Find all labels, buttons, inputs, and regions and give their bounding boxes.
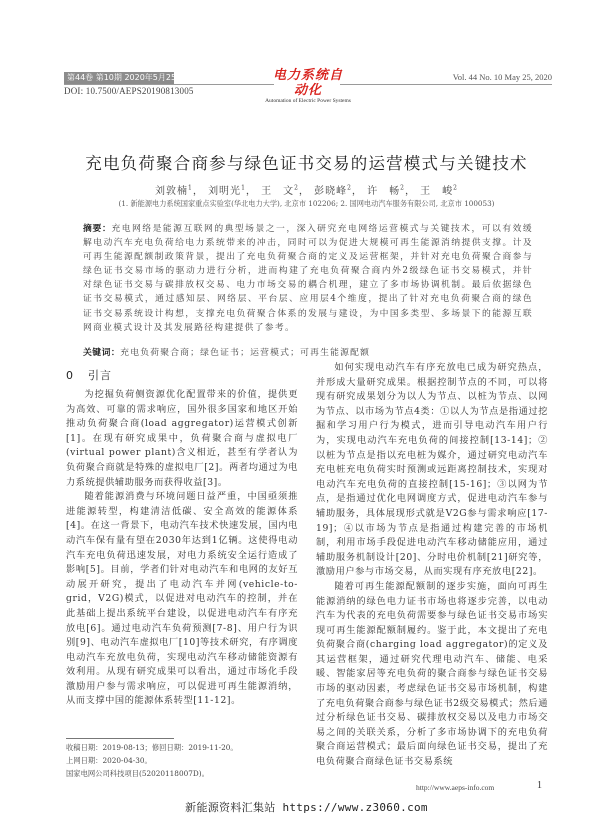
author-affil-mark: 2 bbox=[400, 185, 405, 192]
author: 王 文 bbox=[261, 186, 294, 197]
body-column-right: 如何实现电动汽车有序充放电已成为研究热点，并形成大量研究成果。根据控制节点的不同… bbox=[316, 361, 548, 770]
footnotes: 收稿日期：2019-08-13；修回日期：2019-11-20。 上网日期：20… bbox=[66, 741, 238, 780]
footnote-received: 收稿日期：2019-08-13；修回日期：2019-11-20。 bbox=[66, 741, 238, 754]
author-affil-mark: 1 bbox=[188, 185, 193, 192]
body-column-left: 为挖掘负荷侧资源优化配置带来的价值，提供更为高效、可靠的需求响应，国外很多国家和… bbox=[66, 388, 298, 709]
page-number: 1 bbox=[537, 780, 542, 791]
keywords-text: 充电负荷聚合商；绿色证书；运营模式；可再生能源配额 bbox=[120, 348, 370, 358]
keywords: 关键词：充电负荷聚合商；绿色证书；运营模式；可再生能源配额 bbox=[83, 345, 533, 358]
paragraph: 随着可再生能源配额制的逐步实施，面向可再生能源消纳的绿色电力证书市场也将逐步完善… bbox=[316, 580, 548, 770]
paper-title: 充电负荷聚合商参与绿色证书交易的运营模式与关键技术 bbox=[0, 150, 613, 174]
author-affil-mark: 2 bbox=[453, 185, 458, 192]
footnote-rule bbox=[66, 738, 174, 739]
journal-name-cn: 电力系统自动化 bbox=[268, 68, 348, 98]
section-title: 引言 bbox=[88, 369, 112, 382]
author-list: 刘敦楠1， 刘明光1， 王 文2， 彭晓峰2， 许 畅2， 王 峻2 bbox=[0, 182, 613, 197]
paragraph: 随着能源消费与环境问题日益严重，中国亟须推进能源转型，构建清洁低碳、安全高效的能… bbox=[66, 490, 298, 709]
paragraph: 如何实现电动汽车有序充放电已成为研究热点，并形成大量研究成果。根据控制节点的不同… bbox=[316, 361, 548, 580]
abstract: 摘要：充电网络是能源互联网的典型场景之一，深入研究充电网络运营模式与关键技术，可… bbox=[83, 222, 533, 335]
watermark: 新能源资料汇集站 https://www.z3060.com bbox=[0, 799, 613, 815]
author: 刘敦楠 bbox=[155, 186, 188, 197]
author-affil-mark: 2 bbox=[347, 185, 352, 192]
section-heading: 0引言 bbox=[66, 367, 112, 383]
journal-logo: 电力系统自动化 Automation of Electric Power Sys… bbox=[268, 68, 348, 105]
author-affil-mark: 1 bbox=[241, 185, 246, 192]
affiliations: (1. 新能源电力系统国家重点实验室(华北电力大学), 北京市 102206; … bbox=[0, 199, 613, 209]
doi: DOI: 10.7500/AEPS20190813005 bbox=[64, 86, 194, 96]
author: 许 畅 bbox=[367, 186, 400, 197]
footnote-funding: 国家电网公司科技项目(52020118007D)。 bbox=[66, 767, 238, 780]
paragraph: 为挖掘负荷侧资源优化配置带来的价值，提供更为高效、可靠的需求响应，国外很多国家和… bbox=[66, 388, 298, 490]
author-affil-mark: 2 bbox=[294, 185, 299, 192]
header-rule-left bbox=[64, 84, 274, 85]
author: 彭晓峰 bbox=[314, 186, 347, 197]
issue-info-bar: 第44卷 第10期 2020年5月25日 bbox=[64, 72, 174, 84]
volume-info: Vol. 44 No. 10 May 25, 2020 bbox=[453, 72, 552, 82]
author: 王 峻 bbox=[420, 186, 453, 197]
author: 刘明光 bbox=[208, 186, 241, 197]
journal-website[interactable]: http://www.aeps-info.com bbox=[416, 783, 494, 792]
section-number: 0 bbox=[66, 369, 74, 382]
footnote-online: 上网日期：2020-04-30。 bbox=[66, 754, 238, 767]
abstract-label: 摘要： bbox=[83, 224, 111, 234]
header-rule-right bbox=[340, 84, 552, 85]
keywords-label: 关键词： bbox=[83, 348, 120, 358]
journal-name-en: Automation of Electric Power Systems bbox=[258, 98, 358, 105]
abstract-text: 充电网络是能源互联网的典型场景之一，深入研究充电网络运营模式与关键技术，可以有效… bbox=[83, 224, 533, 333]
